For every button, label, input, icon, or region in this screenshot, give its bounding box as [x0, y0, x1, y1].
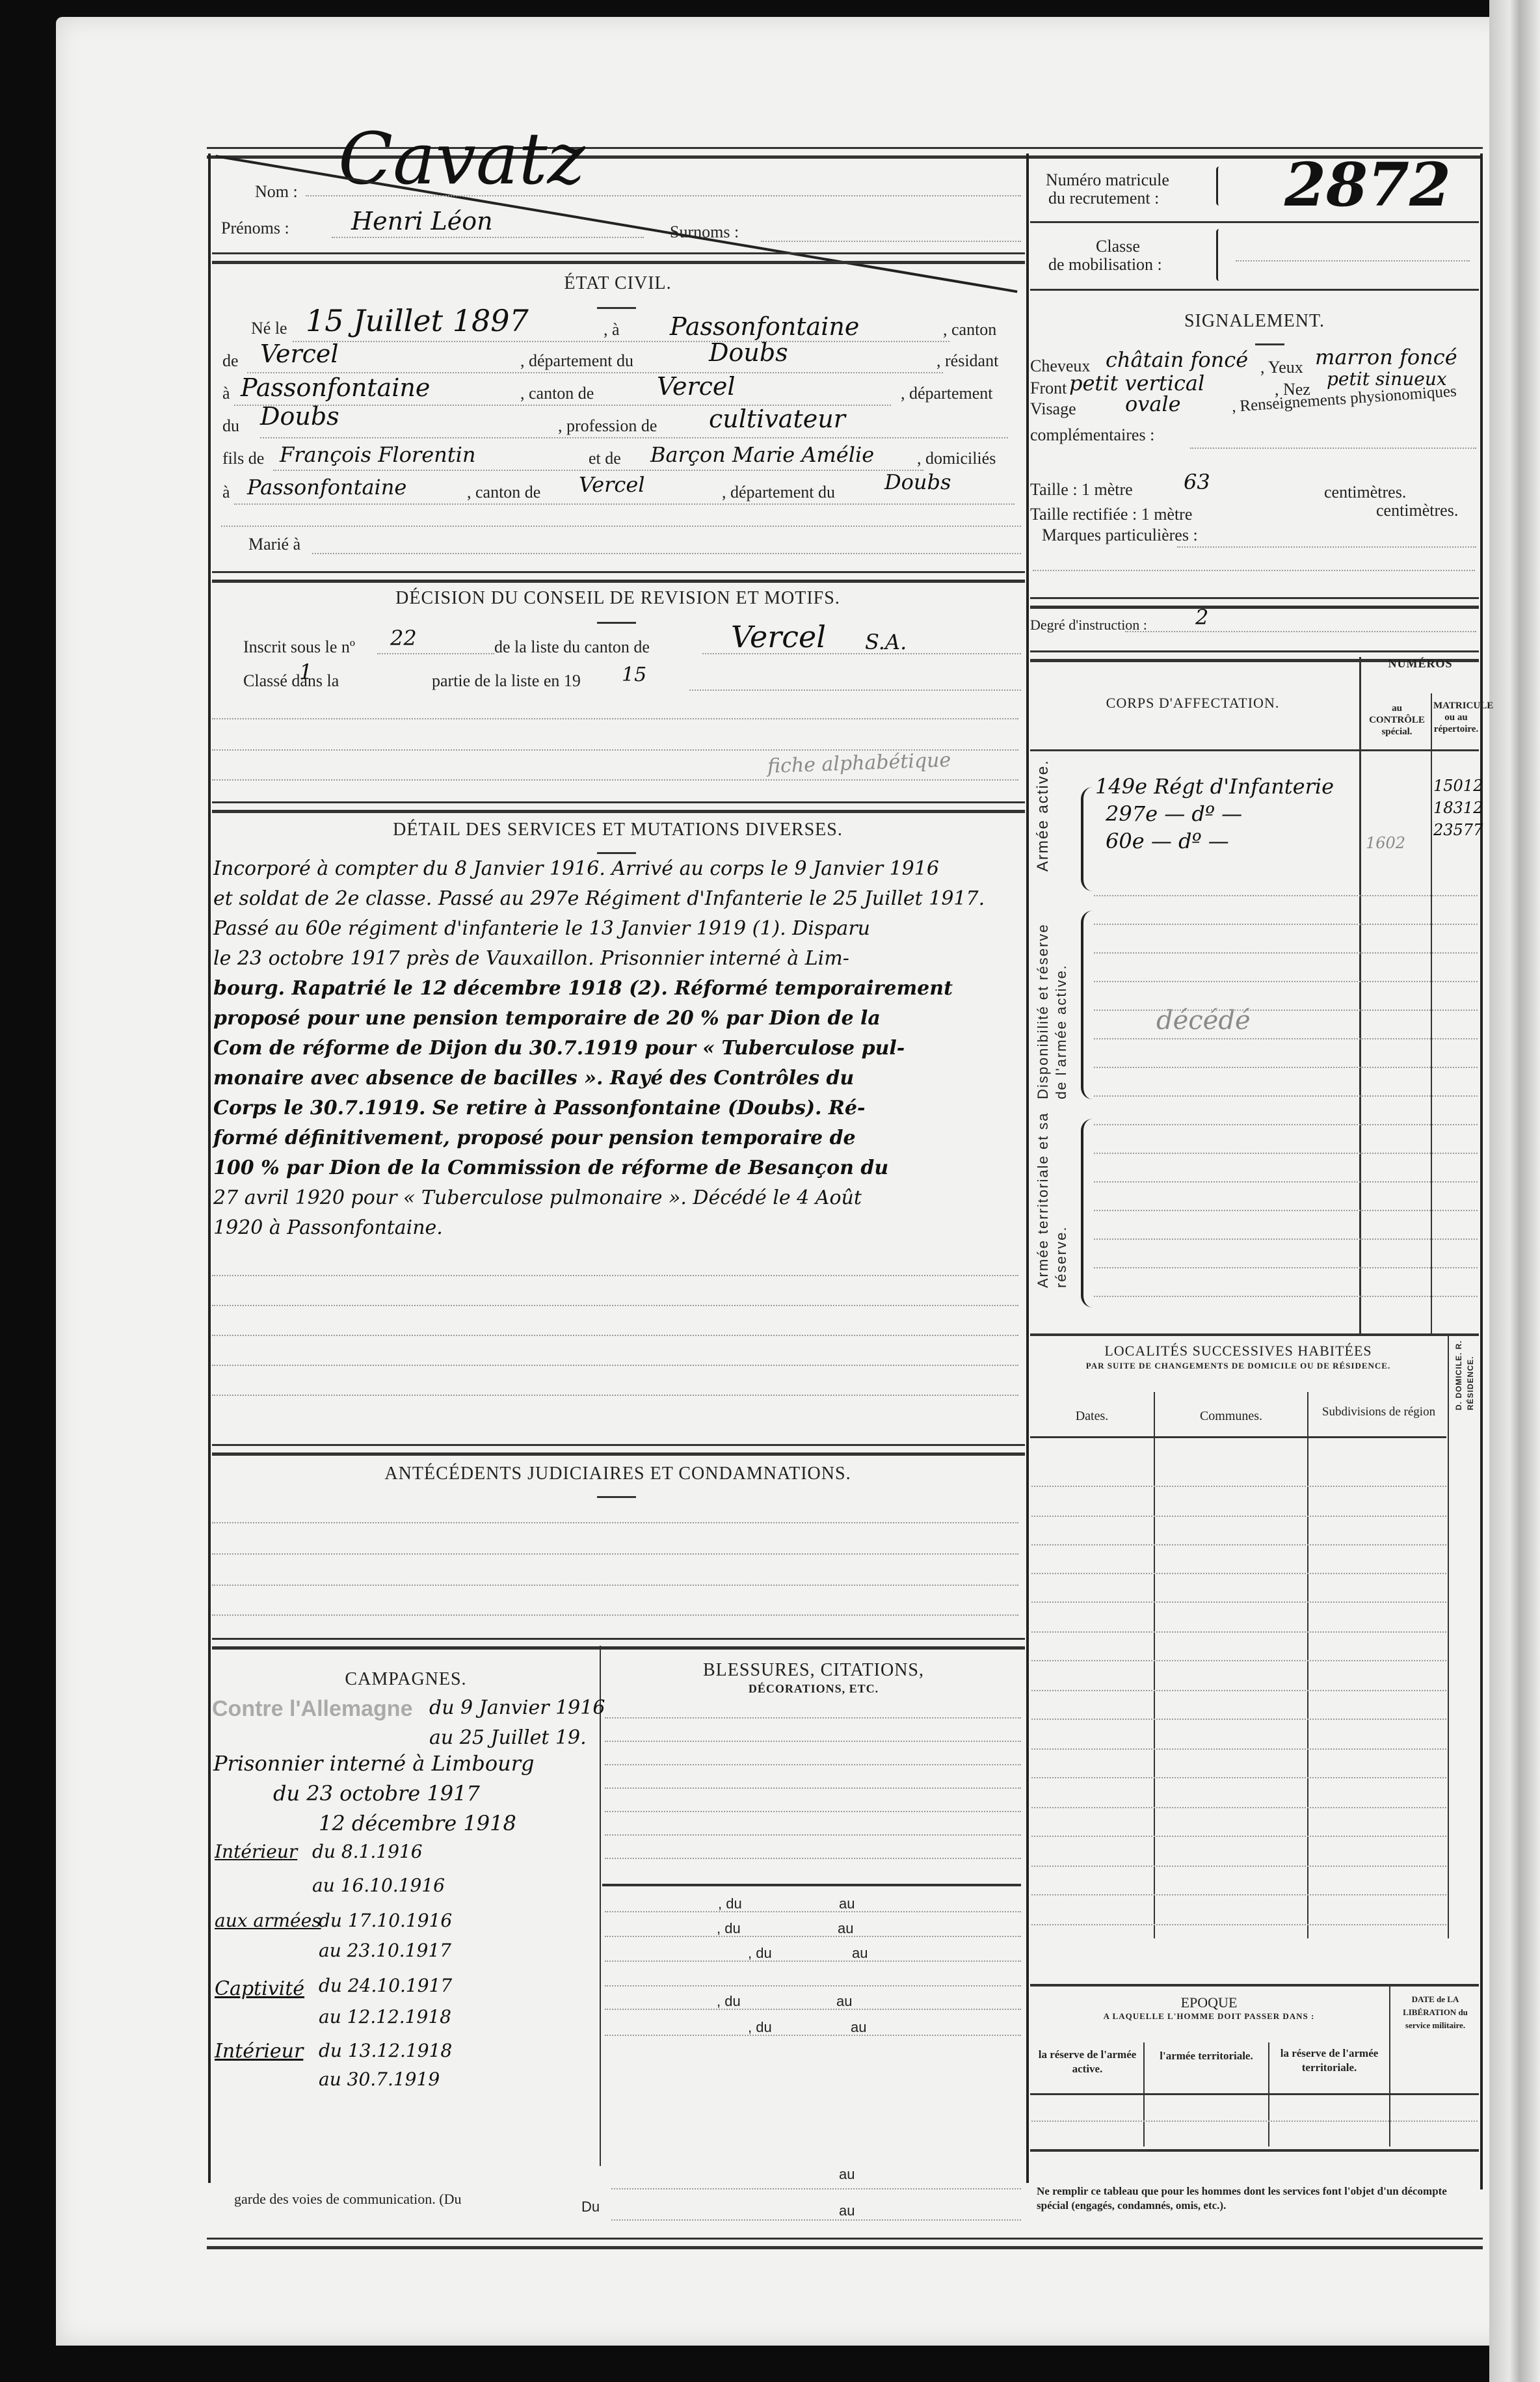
period-row: Captivité du 24.10.1917 au 12.12.1918: [215, 1975, 598, 2040]
localites-ruled-line: [1031, 1807, 1446, 1808]
ne-le-value: 15 Juillet 1897: [306, 303, 529, 338]
marques-line: [1177, 546, 1476, 548]
territoriale-label: Armée territoriale et sa réserve.: [1034, 1106, 1070, 1288]
domicile-canton-value: Vercel: [579, 472, 645, 497]
bottom-border: [207, 2238, 1483, 2249]
period-du: du 8.1.1916: [312, 1841, 423, 1862]
profession-label: , profession de: [558, 416, 657, 436]
localites-communes-divider: [1307, 1392, 1308, 1938]
localites-ruled-line: [1031, 1866, 1446, 1867]
matricule-col-divider: [1431, 693, 1432, 1333]
antecedents-line: [212, 1614, 1018, 1616]
au-label-7: au: [839, 2202, 855, 2219]
domicile-value: Passonfontaine: [247, 475, 406, 500]
surnoms-field-line: [761, 241, 1021, 242]
localites-ruled-line: [1031, 1894, 1446, 1895]
period-label: Captivité: [215, 1977, 304, 2000]
complementaires-label: complémentaires :: [1030, 425, 1154, 445]
canton-value: Vercel: [260, 340, 339, 368]
localites-ruled-line: [1031, 1836, 1446, 1837]
period-label: Intérieur: [215, 2040, 303, 2063]
campagnes-periods: Intérieur du 8.1.1916 au 16.10.1916 aux …: [215, 1841, 598, 2105]
services-divider: [212, 1444, 1025, 1456]
et-de-label: et de: [589, 449, 621, 468]
corps-ruled-line: [1094, 981, 1478, 982]
campagnes-prisonnier-du: du 23 octobre 1917: [273, 1781, 480, 1806]
epoque-subtitle: A LAQUELLE L'HOMME DOIT PASSER DANS :: [1030, 2011, 1388, 2022]
numeros-title: NUMÉROS: [1362, 657, 1479, 671]
period-row: Intérieur du 8.1.1916 au 16.10.1916: [215, 1841, 598, 1910]
numeros-divider: [1359, 657, 1361, 1333]
localites-title: LOCALITÉS SUCCESSIVES HABITÉES: [1030, 1343, 1446, 1359]
corps-ruled-line: [1094, 924, 1478, 925]
de-label: de: [222, 351, 239, 371]
nom-value: Cavatz: [338, 117, 585, 200]
taille-rectifiee-label: Taille rectifiée : 1 mètre: [1030, 505, 1192, 524]
period-au: au 23.10.1917: [319, 1940, 451, 1961]
corps-row-3: 60e — dº —: [1106, 829, 1229, 853]
du-label-1: , du: [718, 1895, 742, 1912]
armee-active-brace: [1081, 787, 1093, 891]
antecedents-title: ANTÉCÉDENTS JUDICIAIRES ET CONDAMNATIONS…: [208, 1464, 1028, 1484]
services-line: Corps le 30.7.1919. Se retire à Passonfo…: [213, 1097, 1026, 1127]
signalement-divider: [1030, 597, 1479, 609]
degre-value: 2: [1195, 605, 1208, 630]
mere-value: Barçon Marie Amélie: [650, 442, 874, 467]
localites-ruled-line: [1031, 1719, 1446, 1720]
au-label-1: au: [839, 1895, 855, 1912]
period-au: au 12.12.1918: [319, 2006, 451, 2027]
corps-ruled-line: [1094, 1296, 1478, 1297]
localites-ruled-line: [1031, 1486, 1446, 1487]
center-divider: [1026, 154, 1029, 2183]
au-label-4: au: [836, 1993, 852, 2010]
prenoms-label: Prénoms :: [221, 219, 289, 238]
name-block-divider: [212, 252, 1025, 264]
decision-divider: [212, 801, 1025, 813]
marques-label: Marques particulières :: [1042, 526, 1198, 545]
du-au-line: [611, 2188, 1021, 2189]
services-line: Passé au 60e régiment d'infanterie le 13…: [213, 917, 1026, 947]
period-label: aux armées: [215, 1910, 321, 1931]
epoque-col-2-header: l'armée territoriale.: [1146, 2049, 1267, 2063]
antecedents-underline: [597, 1496, 636, 1498]
visage-value: ovale: [1125, 392, 1181, 416]
classe-field-line: [1236, 260, 1470, 261]
classe-brace: [1216, 229, 1222, 281]
localites-ruled-line: [1031, 1516, 1446, 1517]
matricule-divider: [1030, 221, 1479, 223]
antecedents-line: [212, 1585, 1018, 1586]
du-au-line: [605, 2035, 1021, 2036]
corps-ruled-line: [1094, 1181, 1478, 1183]
residence-canton-value: Vercel: [657, 372, 736, 401]
services-line: 1920 à Passonfontaine.: [213, 1216, 1026, 1246]
controle-row-2: 1602: [1366, 834, 1405, 852]
epoque-date-divider: [1389, 1984, 1390, 2147]
corps-header-divider: [1030, 749, 1479, 751]
corps-ruled-line: [1094, 1153, 1478, 1154]
classe-label-2: de mobilisation :: [1048, 255, 1162, 274]
surnoms-label: Surnoms :: [670, 222, 739, 242]
services-line: 100 % par Dion de la Commission de réfor…: [213, 1157, 1026, 1186]
blessures-subtitle: DÉCORATIONS, ETC.: [602, 1682, 1025, 1696]
disponibilite-label: Disponibilité et réserve de l'armée acti…: [1034, 904, 1070, 1099]
corps-ruled-line: [1094, 1124, 1478, 1125]
du-label-4: , du: [717, 1993, 741, 2010]
services-line: monaire avec absence de bacilles ». Rayé…: [213, 1067, 1026, 1097]
decision-underline: [597, 622, 636, 624]
left-border: [208, 154, 211, 2183]
epoque-title: EPOQUE: [1030, 1994, 1388, 2011]
marie-line: [312, 553, 1021, 554]
prenoms-field-line: [332, 237, 644, 238]
domicile-departement-label: , département du: [722, 483, 835, 502]
residant-label: , résidant: [936, 351, 998, 371]
residence-a-label: à: [222, 384, 230, 403]
du-au-line: [611, 2219, 1021, 2221]
localites-subtitle: PAR SUITE DE CHANGEMENTS DE DOMICILE OU …: [1030, 1361, 1446, 1371]
ne-le-label: Né le: [251, 319, 287, 338]
classe-divider: [1030, 289, 1479, 291]
au-label-3: au: [852, 1945, 868, 1962]
localites-ruled-line: [1031, 1631, 1446, 1633]
armee-active-label: Armée active.: [1034, 755, 1052, 872]
degre-line: [1125, 631, 1476, 632]
taille-value: 63: [1184, 470, 1210, 494]
nom-label: Nom :: [255, 182, 298, 202]
services-line: et soldat de 2e classe. Passé au 297e Ré…: [213, 887, 1026, 917]
col-dates-header: Dates.: [1030, 1409, 1154, 1424]
lieu-naissance-value: Passonfontaine: [670, 312, 859, 341]
localites-dates-divider: [1154, 1392, 1155, 1938]
localites-bottom-divider: [1030, 1984, 1479, 1987]
services-line: bourg. Rapatrié le 12 décembre 1918 (2).…: [213, 977, 1026, 1007]
du-label-3: , du: [748, 1945, 772, 1962]
du-label-2: , du: [717, 1920, 741, 1937]
front-label: Front: [1030, 379, 1067, 398]
departement-label: , département du: [520, 351, 633, 371]
du-label-5: , du: [748, 2019, 772, 2036]
campagnes-title: CAMPAGNES.: [212, 1669, 600, 1690]
period-du: du 13.12.1918: [319, 2040, 452, 2061]
centimetres-label: centimètres.: [1324, 483, 1406, 502]
period-label: Intérieur: [215, 1841, 297, 1862]
antecedents-divider: [212, 1638, 1025, 1650]
residence-value: Passonfontaine: [241, 373, 430, 402]
period-du: du 24.10.1917: [319, 1975, 452, 1996]
localites-ruled-line: [1031, 1601, 1446, 1603]
localites-ruled-line: [1031, 1924, 1446, 1925]
residence-canton-label: , canton de: [520, 384, 594, 403]
marques-line-2: [1033, 570, 1475, 571]
book-spine-edge: [1489, 0, 1540, 2382]
epoque-bottom-divider: [1030, 2149, 1479, 2152]
epoque-col-1-header: la réserve de l'armée active.: [1033, 2048, 1142, 2076]
corps-ruled-line: [1094, 895, 1478, 896]
epoque-header-divider: [1030, 2093, 1479, 2095]
epoque-col-3-header: la réserve de l'armée territoriale.: [1271, 2046, 1388, 2075]
classe-dans-value: 1: [299, 660, 312, 684]
corps-ruled-line: [1094, 1095, 1478, 1097]
ne-le-line: [293, 341, 949, 342]
blessures-title: BLESSURES, CITATIONS,: [602, 1660, 1025, 1681]
au-label-5: au: [851, 2019, 866, 2036]
marie-label: Marié à: [248, 535, 300, 554]
decision-line-4: [212, 779, 1018, 781]
inscrit-value: 22: [390, 626, 417, 650]
localites-dr-divider: [1448, 1333, 1449, 1938]
prenoms-value: Henri Léon: [351, 207, 493, 235]
du-label-plain: Du: [581, 2199, 600, 2215]
disponibilite-brace: [1081, 911, 1093, 1099]
garde-voies-label: garde des voies de communication. (Du: [234, 2191, 461, 2208]
decision-title: DÉCISION DU CONSEIL DE REVISION ET MOTIF…: [208, 588, 1028, 609]
corps-ruled-line: [1094, 952, 1478, 954]
matricule-label-2: du recrutement :: [1048, 189, 1159, 208]
signalement-underline: [1255, 343, 1284, 345]
domicile-canton-label: , canton de: [467, 483, 540, 502]
etat-civil-divider: [212, 571, 1025, 583]
antecedents-line: [212, 1522, 1018, 1523]
pere-value: François Florentin: [280, 442, 475, 467]
localites-dr-header: D. DOMICILE. R. RÉSIDENCE.: [1453, 1326, 1476, 1410]
campagnes-stamp-du: du 9 Janvier 1916: [429, 1696, 605, 1719]
profession-value: cultivateur: [709, 405, 845, 433]
residence-departement-label: , département: [901, 384, 993, 403]
corps-row-2: 297e — dº —: [1106, 801, 1242, 826]
blessures-line: [605, 1858, 1021, 1859]
canton-label: , canton: [943, 320, 996, 340]
matricule-row-1: 15012: [1433, 777, 1483, 795]
period-row: aux armées du 17.10.1916 au 23.10.1917: [215, 1910, 598, 1975]
campagnes-stamp-au: au 25 Juillet 19.: [429, 1726, 587, 1749]
corps-ruled-line: [1094, 1038, 1478, 1039]
col-controle-header: au CONTRÔLE spécial.: [1366, 703, 1428, 738]
territoriale-brace: [1081, 1119, 1093, 1307]
period-au: au 16.10.1916: [312, 1875, 445, 1896]
epoque-col-4-header: DATE de LA LIBÉRATION du service militai…: [1392, 1993, 1479, 2032]
parents-line: [273, 470, 923, 471]
classe-year-value: 15: [622, 663, 646, 686]
classe-suffix-label: partie de la liste en 19: [432, 671, 581, 691]
au-label-2: au: [838, 1920, 853, 1937]
services-line: Com de réforme de Dijon du 30.7.1919 pou…: [213, 1037, 1026, 1067]
period-row: Intérieur du 13.12.1918 au 30.7.1919: [215, 2040, 598, 2105]
campagnes-prisonnier-au: 12 décembre 1918: [319, 1811, 516, 1836]
residence-departement-value: Doubs: [260, 402, 339, 431]
liste-canton-line: [702, 653, 1021, 654]
campagnes-stamp: Contre l'Allemagne: [212, 1696, 412, 1722]
campagnes-divider: [600, 1646, 601, 2166]
complementaires-line: [1190, 448, 1476, 449]
services-ruled-line: [212, 1395, 1018, 1396]
corps-row-1: 149e Régt d'Infanterie: [1095, 774, 1334, 799]
etat-civil-title: ÉTAT CIVIL.: [208, 273, 1028, 294]
residence-du-label: du: [222, 416, 239, 436]
services-ruled-line: [212, 1335, 1018, 1336]
liste-canton-suffix: S.A.: [865, 630, 907, 654]
departement-value: Doubs: [709, 338, 788, 367]
campagnes-prisonnier: Prisonnier interné à Limbourg: [213, 1751, 534, 1776]
etat-civil-underline: [597, 307, 636, 309]
profession-line: [260, 437, 1008, 438]
centimetres-label-2: centimètres.: [1376, 501, 1458, 520]
localites-ruled-line: [1031, 1777, 1446, 1778]
services-ruled-line: [212, 1275, 1018, 1276]
inscrit-line: [377, 653, 494, 654]
blessures-divider: [602, 1884, 1021, 1886]
domicile-line: [234, 503, 1015, 505]
blessures-line: [605, 1764, 1021, 1765]
domicile-departement-value: Doubs: [884, 470, 951, 494]
decision-line-2: [212, 718, 1018, 719]
period-du: du 17.10.1916: [319, 1910, 452, 1931]
du-au-line: [605, 1911, 1021, 1912]
blessures-line: [605, 1717, 1021, 1719]
du-au-line: [605, 1936, 1021, 1937]
liste-canton-label: de la liste du canton de: [494, 637, 650, 657]
a-label: , à: [604, 320, 620, 340]
localites-ruled-line: [1031, 1573, 1446, 1574]
services-underline: [597, 852, 636, 854]
du-au-line: [605, 1985, 1021, 1987]
services-title: DÉTAIL DES SERVICES ET MUTATIONS DIVERSE…: [208, 820, 1028, 840]
corps-bottom-divider: [1030, 1333, 1479, 1336]
col-communes-header: Communes.: [1156, 1409, 1306, 1424]
classe-label-1: Classe: [1096, 237, 1140, 256]
fils-de-label: fils de: [222, 449, 264, 468]
matricule-row-3: 23577: [1433, 821, 1483, 839]
col-matricule-header: MATRICULE ou au répertoire.: [1433, 700, 1479, 735]
corps-ruled-line: [1094, 1238, 1478, 1240]
signalement-title: SIGNALEMENT.: [1030, 311, 1479, 332]
epoque-note: Ne remplir ce tableau que pour les homme…: [1037, 2184, 1472, 2213]
services-ruled-line: [212, 1365, 1018, 1366]
services-line: formé définitivement, proposé pour pensi…: [213, 1127, 1026, 1157]
visage-label: Visage: [1030, 399, 1076, 419]
epoque-ruled-line: [1031, 2121, 1478, 2122]
yeux-value: marron foncé: [1315, 345, 1457, 369]
matricule-brace: [1216, 167, 1222, 206]
corps-ruled-line: [1094, 1067, 1478, 1068]
localites-ruled-line: [1031, 1660, 1446, 1661]
matricule-row-2: 18312: [1433, 799, 1483, 817]
localites-ruled-line: [1031, 1544, 1446, 1546]
col-subdivisions-header: Subdivisions de région: [1310, 1405, 1448, 1419]
services-ruled-line: [212, 1305, 1018, 1306]
domicilies-label: , domiciliés: [917, 449, 996, 468]
services-line: Incorporé à compter du 8 Janvier 1916. A…: [213, 857, 1026, 887]
blessures-line: [605, 1811, 1021, 1812]
du-au-line: [605, 1960, 1021, 1962]
inscrit-label: Inscrit sous le nº: [243, 637, 355, 657]
cheveux-value: châtain foncé: [1106, 347, 1248, 372]
du-au-line: [605, 2009, 1021, 2010]
corps-ruled-line: [1094, 1267, 1478, 1268]
localites-ruled-line: [1031, 1748, 1446, 1750]
matricule-value: 2872: [1284, 150, 1451, 220]
decision-line-1: [689, 689, 1021, 691]
localites-ruled-line: [1031, 1690, 1446, 1691]
blessures-line: [605, 1834, 1021, 1836]
liste-canton-value: Vercel: [731, 619, 826, 654]
taille-label: Taille : 1 mètre: [1030, 480, 1133, 500]
right-border: [1480, 154, 1483, 2189]
domicile-a-label: à: [222, 483, 230, 502]
corps-ruled-line: [1094, 1010, 1478, 1011]
corps-ruled-line: [1094, 1210, 1478, 1211]
yeux-label: , Yeux: [1260, 358, 1303, 377]
classe-dans-label: Classé dans la: [243, 671, 339, 691]
blessures-line: [605, 1741, 1021, 1742]
matricule-label-1: Numéro matricule: [1046, 170, 1169, 190]
nom-field-line: [306, 195, 1021, 196]
localites-header-divider: [1030, 1436, 1446, 1438]
corps-affectation-title: CORPS D'AFFECTATION.: [1030, 695, 1355, 712]
services-line: le 23 octobre 1917 près de Vauxaillon. P…: [213, 947, 1026, 977]
au-label-6: au: [839, 2166, 855, 2183]
blessures-line: [605, 1787, 1021, 1789]
services-text: Incorporé à compter du 8 Janvier 1916. A…: [213, 857, 1026, 1246]
etat-civil-blank-line: [221, 526, 1021, 527]
services-line: 27 avril 1920 pour « Tuberculose pulmona…: [213, 1186, 1026, 1216]
antecedents-line: [212, 1553, 1018, 1555]
services-line: proposé pour une pension temporaire de 2…: [213, 1007, 1026, 1037]
period-au: au 30.7.1919: [319, 2068, 440, 2090]
